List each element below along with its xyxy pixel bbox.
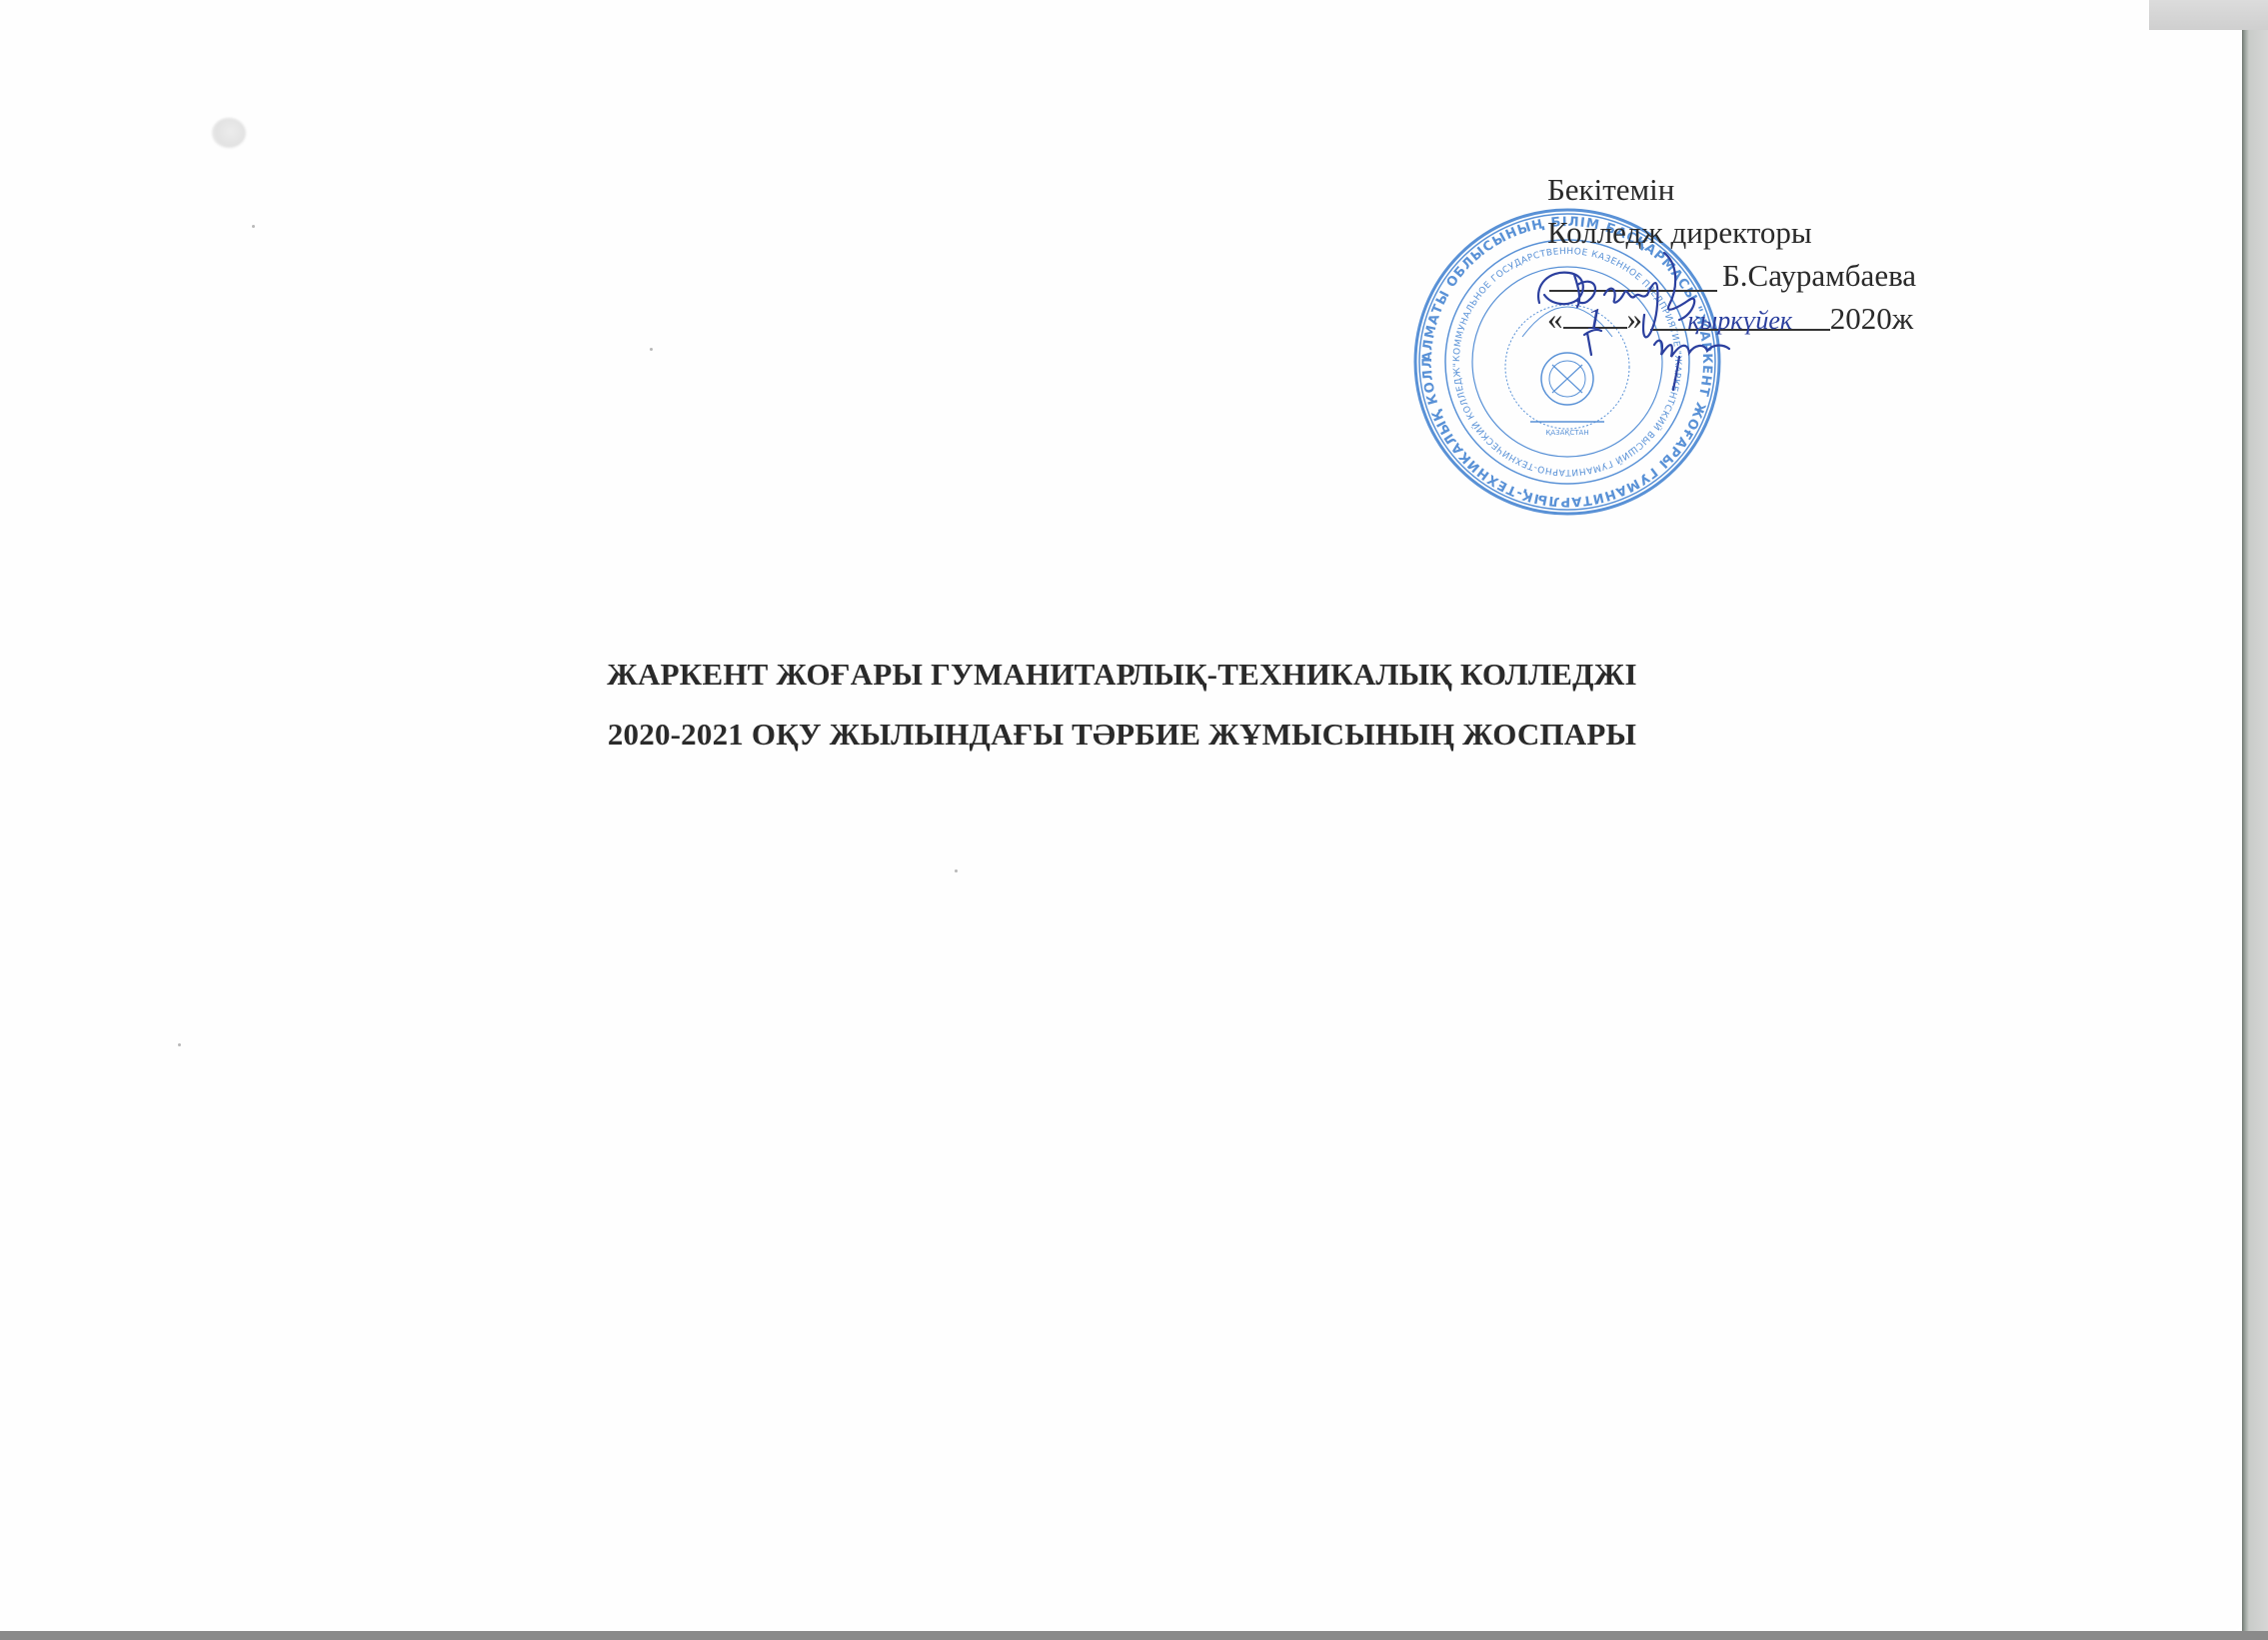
scan-speck bbox=[650, 348, 653, 351]
title-line-plan: 2020-2021 ОҚУ ЖЫЛЫНДАҒЫ ТӘРБИЕ ЖҰМЫСЫНЫҢ… bbox=[0, 705, 2244, 765]
handwritten-signature bbox=[1529, 245, 1779, 395]
scan-speck bbox=[252, 225, 255, 228]
scan-edge-bottom bbox=[0, 1631, 2268, 1640]
scan-edge-right bbox=[2242, 30, 2268, 1631]
approval-heading: Бекітемін bbox=[1547, 168, 1916, 211]
svg-text:ҚАЗАҚСТАН: ҚАЗАҚСТАН bbox=[1545, 429, 1588, 437]
scan-speck bbox=[955, 869, 958, 872]
title-line-college: ЖАРКЕНТ ЖОҒАРЫ ГУМАНИТАРЛЫҚ-ТЕХНИКАЛЫҚ К… bbox=[0, 645, 2244, 705]
scan-speck bbox=[178, 1043, 181, 1046]
date-year: 2020ж bbox=[1830, 301, 1913, 336]
scan-edge-top bbox=[2149, 0, 2268, 30]
document-title: ЖАРКЕНТ ЖОҒАРЫ ГУМАНИТАРЛЫҚ-ТЕХНИКАЛЫҚ К… bbox=[0, 645, 2244, 765]
punch-hole-mark bbox=[212, 118, 246, 148]
